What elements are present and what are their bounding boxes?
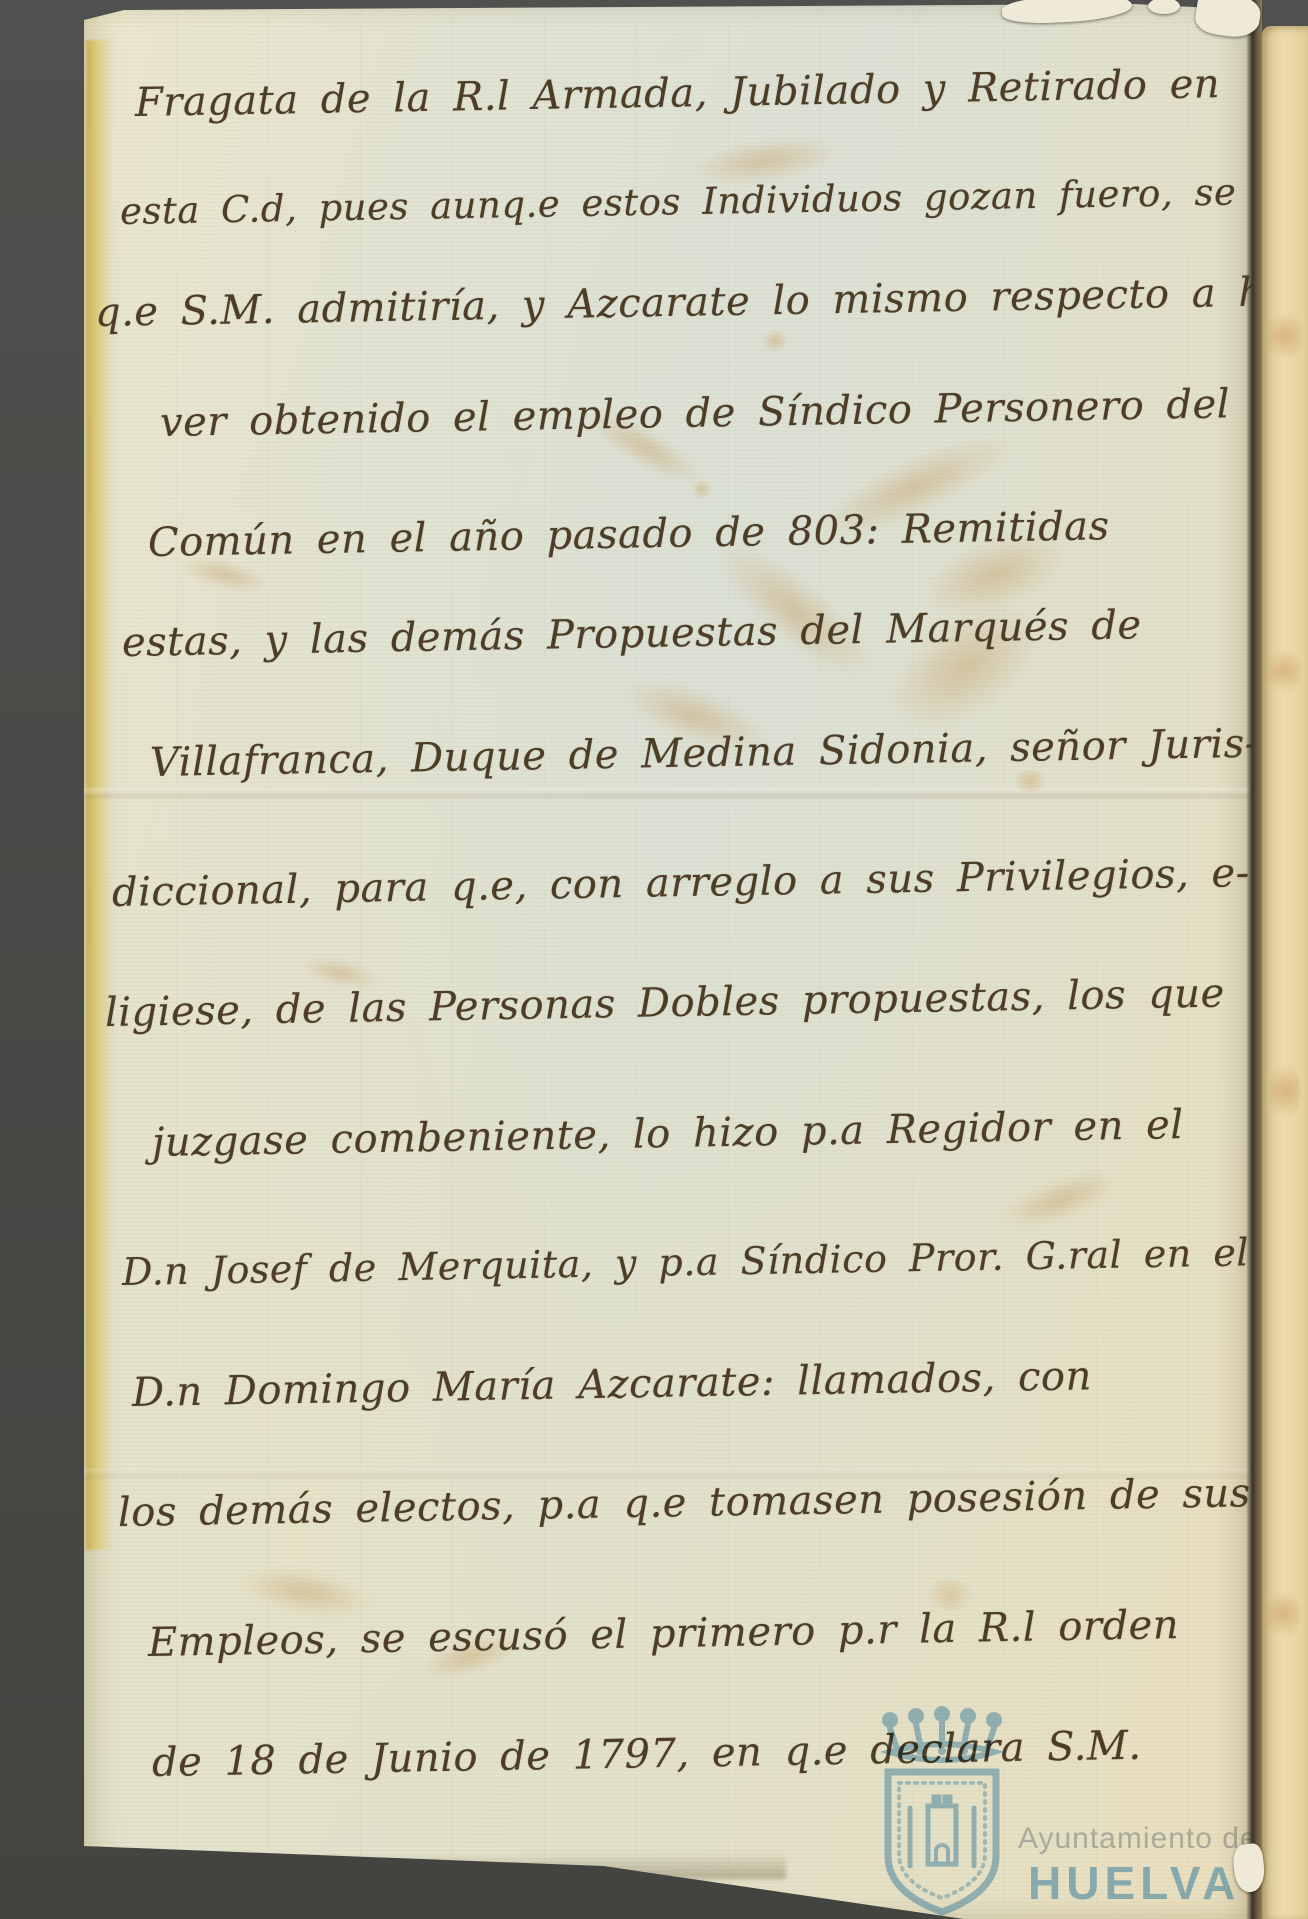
horizontal-fold-crease (84, 788, 1254, 798)
watermark-city-text: HUELVA (1028, 1856, 1240, 1910)
verso-showthrough (1266, 646, 1302, 696)
bottom-edge-shadow (84, 1853, 786, 1879)
ink-blot (26, 78, 52, 96)
verso-showthrough (1266, 1586, 1300, 1642)
adjacent-folio-edge (1262, 26, 1308, 1919)
foxing-stain (760, 330, 790, 352)
binding-gap (1246, 0, 1262, 1919)
city-crest-icon (872, 1706, 1012, 1919)
watermark-org-text: Ayuntamiento de (1018, 1822, 1258, 1856)
ink-blot (54, 90, 64, 98)
verso-showthrough (1270, 1056, 1300, 1126)
foxing-stain (1010, 770, 1050, 792)
verso-showthrough (1268, 306, 1302, 366)
scanned-manuscript: { "document": { "kind": "handwritten man… (0, 0, 1308, 1919)
huelva-crest-watermark (872, 1706, 1012, 1919)
